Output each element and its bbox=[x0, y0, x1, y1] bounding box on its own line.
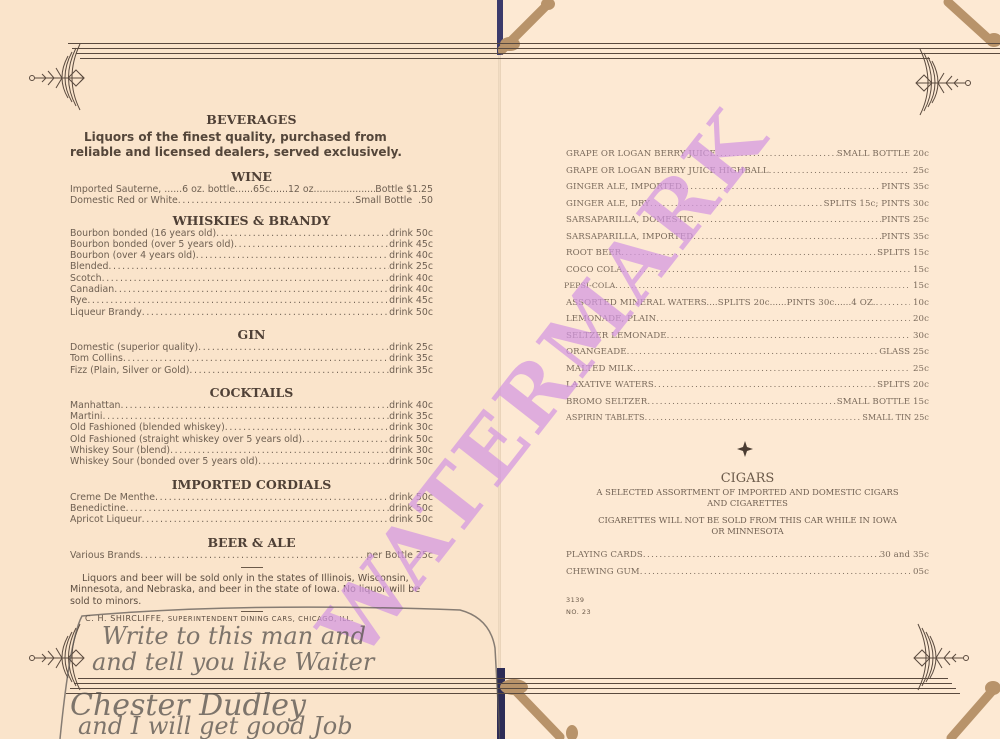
menu-item: Martini drink 35c bbox=[70, 411, 433, 422]
menu-item: GRAPE OR LOGAN BERRY JUICE HIGHBALL 25c bbox=[566, 163, 929, 180]
fern-ornament-icon bbox=[910, 620, 970, 695]
menu-item: ASPIRIN TABLETS SMALL TIN 25c bbox=[566, 410, 929, 427]
border-line bbox=[76, 53, 1000, 54]
handwritten-note-line-4: and I will get good Job bbox=[78, 712, 353, 739]
menu-item: ROOT BEER SPLITS 15c bbox=[566, 245, 929, 262]
cigars-description: A SELECTED ASSORTMENT OF IMPORTED AND DO… bbox=[566, 487, 929, 498]
menu-item: Bourbon (over 4 years old)drink 40c bbox=[70, 250, 433, 261]
menu-item: PLAYING CARDS 30 and 35c bbox=[566, 547, 929, 564]
menu-item: Liqueur Brandy drink 50c bbox=[70, 307, 433, 318]
divider bbox=[241, 567, 263, 568]
corner-bracket-icon bbox=[500, 675, 580, 739]
form-serial: NO. 23 bbox=[566, 608, 591, 616]
soft-drinks-list: GRAPE OR LOGAN BERRY JUICESMALL BOTTLE 2… bbox=[566, 146, 929, 427]
fern-ornament-icon bbox=[28, 40, 88, 115]
menu-item: LEMONADE, PLAIN 20c bbox=[566, 311, 929, 328]
menu-item: Creme De Menthedrink 50c bbox=[70, 492, 433, 503]
border-line bbox=[80, 58, 930, 59]
menu-item: Whiskey Sour (blend)drink 30c bbox=[70, 445, 433, 456]
border-line bbox=[72, 48, 1000, 49]
menu-item: Canadian drink 40c bbox=[70, 284, 433, 295]
menu-item: Fizz (Plain, Silver or Gold)drink 35c bbox=[70, 365, 433, 376]
beverages-intro: Liquors of the finest quality, purchased… bbox=[70, 130, 433, 160]
form-number: 3139 bbox=[566, 596, 585, 604]
menu-item: Domestic Red or WhiteSmall Bottle .50 bbox=[70, 195, 433, 206]
menu-item: GINGER ALE, IMPORTED PINTS 35c bbox=[566, 179, 929, 196]
section-heading-wine: WINE bbox=[70, 169, 433, 184]
menu-item: SARSAPARILLA, IMPORTED PINTS 35c bbox=[566, 229, 929, 246]
corner-bracket-icon bbox=[498, 0, 558, 55]
cigarettes-restriction: CIGARETTES WILL NOT BE SOLD FROM THIS CA… bbox=[566, 515, 929, 526]
menu-item: PEPSI-COLA 15c bbox=[564, 278, 929, 295]
border-line bbox=[68, 43, 1000, 44]
menu-item: MALTED MILK 25c bbox=[566, 361, 929, 378]
menu-item: LAXATIVE WATERS SPLITS 20c bbox=[566, 377, 929, 394]
menu-item: ORANGEADE GLASS 25c bbox=[566, 344, 929, 361]
menu-item: Old Fashioned (straight whiskey over 5 y… bbox=[70, 434, 433, 445]
handwritten-note-line-2: and tell you like Waiter bbox=[92, 648, 374, 676]
section-heading-cordials: IMPORTED CORDIALS bbox=[70, 477, 433, 492]
menu-item: GINGER ALE, DRY SPLITS 15c; PINTS 30c bbox=[566, 196, 929, 213]
beverages-title: BEVERAGES bbox=[70, 112, 433, 127]
section-heading-whiskies: WHISKIES & BRANDY bbox=[70, 213, 433, 228]
menu-item: GRAPE OR LOGAN BERRY JUICESMALL BOTTLE 2… bbox=[566, 146, 929, 163]
menu-item: Benedictine drink 50c bbox=[70, 503, 433, 514]
menu-item: Manhattan drink 40c bbox=[70, 400, 433, 411]
fern-ornament-icon bbox=[912, 45, 972, 120]
cigars-section: CIGARS A SELECTED ASSORTMENT OF IMPORTED… bbox=[566, 471, 929, 580]
menu-item: COCO COLA 15c bbox=[566, 262, 929, 279]
section-heading-beer: BEER & ALE bbox=[70, 535, 433, 550]
menu-item: ASSORTED MINERAL WATERS....SPLITS 20c...… bbox=[566, 295, 929, 312]
beverages-column: BEVERAGES Liquors of the finest quality,… bbox=[70, 112, 433, 612]
menu-item: Whiskey Sour (bonded over 5 years old)dr… bbox=[70, 456, 433, 467]
section-heading-gin: GIN bbox=[70, 327, 433, 342]
cigarettes-restriction-2: OR MINNESOTA bbox=[566, 526, 929, 537]
section-heading-cocktails: COCKTAILS bbox=[70, 385, 433, 400]
menu-item: Bourbon bonded (over 5 years old)drink 4… bbox=[70, 239, 433, 250]
menu-item: Various Brands per Bottle 25c bbox=[70, 550, 433, 561]
menu-item: Rye drink 45c bbox=[70, 295, 433, 306]
menu-item: SARSAPARILLA, DOMESTIC PINTS 25c bbox=[566, 212, 929, 229]
menu-item: Old Fashioned (blended whiskey)drink 30c bbox=[70, 422, 433, 433]
menu-item: Bourbon bonded (16 years old)drink 50c bbox=[70, 228, 433, 239]
menu-item: Imported Sauterne, ......6 oz. bottle...… bbox=[70, 184, 433, 195]
cigars-title: CIGARS bbox=[566, 471, 929, 486]
menu-item: Scotch drink 40c bbox=[70, 273, 433, 284]
menu-item: Domestic (superior quality)drink 25c bbox=[70, 342, 433, 353]
menu-item: BROMO SELTZER SMALL BOTTLE 15c bbox=[566, 394, 929, 411]
menu-item: CHEWING GUM 05c bbox=[566, 564, 929, 581]
star-ornament-icon bbox=[737, 441, 753, 457]
menu-item: Tom Collins drink 35c bbox=[70, 353, 433, 364]
menu-item: Blended drink 25c bbox=[70, 261, 433, 272]
cigars-description-2: AND CIGARETTES bbox=[566, 498, 929, 509]
menu-item: SELTZER LEMONADE 30c bbox=[566, 328, 929, 345]
handwritten-note-line-1: Write to this man and bbox=[102, 622, 366, 650]
menu-item: Apricot Liqueur drink 50c bbox=[70, 514, 433, 525]
